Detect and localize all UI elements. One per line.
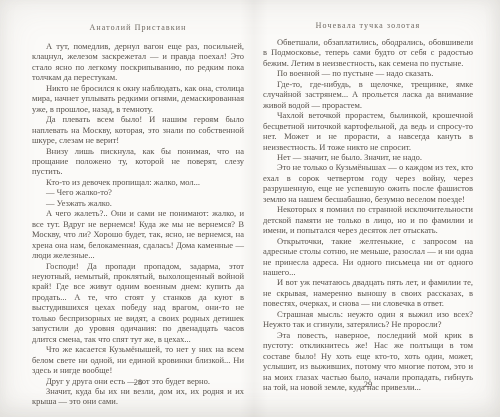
paragraph: Нет — значит, не было. Значит, не надо. [263,152,473,162]
right-page-number: 29 [263,379,473,389]
paragraph: Кто-то из девочек пропищал: жалко, мол..… [32,177,244,187]
paragraph: Некоторых я помнил по странной исключите… [263,204,473,235]
paragraph: А чего жалеть?.. Они и сами не понимают:… [32,208,244,260]
paragraph: — Уезжать жалко. [32,198,244,208]
left-page: Анатолий Приставкин А тут, помедлив, дер… [0,0,250,417]
paragraph: Что же касается Кузьмёнышей, то нет у ни… [32,344,244,375]
paragraph: Где-то, где-нибудь, в щелочке, трещинке,… [263,79,473,110]
paragraph: И вот уж печатаюсь двадцать пять лет, и … [263,277,473,308]
paragraph: Внизу лишь пискнула, как бы понимая, что… [32,146,244,177]
left-running-header: Анатолий Приставкин [32,23,244,32]
paragraph: Обветшали, обзаплатились, ободрались, об… [263,37,473,68]
paragraph: Господи! Да пропади пропадом, задарма, э… [32,261,244,345]
paragraph: — Чего жалко-то? [32,187,244,197]
left-text-block: А тут, помедлив, дернул вагон еще раз, п… [32,41,244,407]
right-text-block: Обветшали, обзаплатились, ободрались, об… [263,37,473,392]
paragraph: Никто не бросился к окну наблюдать, как … [32,83,244,114]
left-page-number: 28 [32,377,244,387]
paragraph: Значит, куда бы их ни везли, дом их, их … [32,386,244,407]
paragraph: Да плевать всем было! И нашим героям был… [32,114,244,145]
paragraph: Чахлой веточкой прорастем, былинкой, кро… [263,110,473,152]
right-running-header: Ночевала тучка золотая [263,21,473,30]
paragraph: А тут, помедлив, дернул вагон еще раз, п… [32,41,244,83]
paragraph: По военной — по пустыне — надо сказать. [263,68,473,78]
paragraph: Открыточки, такие желтенькие, с запросом… [263,236,473,278]
paragraph: Страшная мысль: неужто один я выжил изо … [263,309,473,330]
right-page: Ночевала тучка золотая Обветшали, обзапл… [250,0,500,417]
book-spread: Анатолий Приставкин А тут, помедлив, дер… [0,0,500,417]
paragraph: Это не только о Кузьмёнышах — о каждом и… [263,162,473,204]
